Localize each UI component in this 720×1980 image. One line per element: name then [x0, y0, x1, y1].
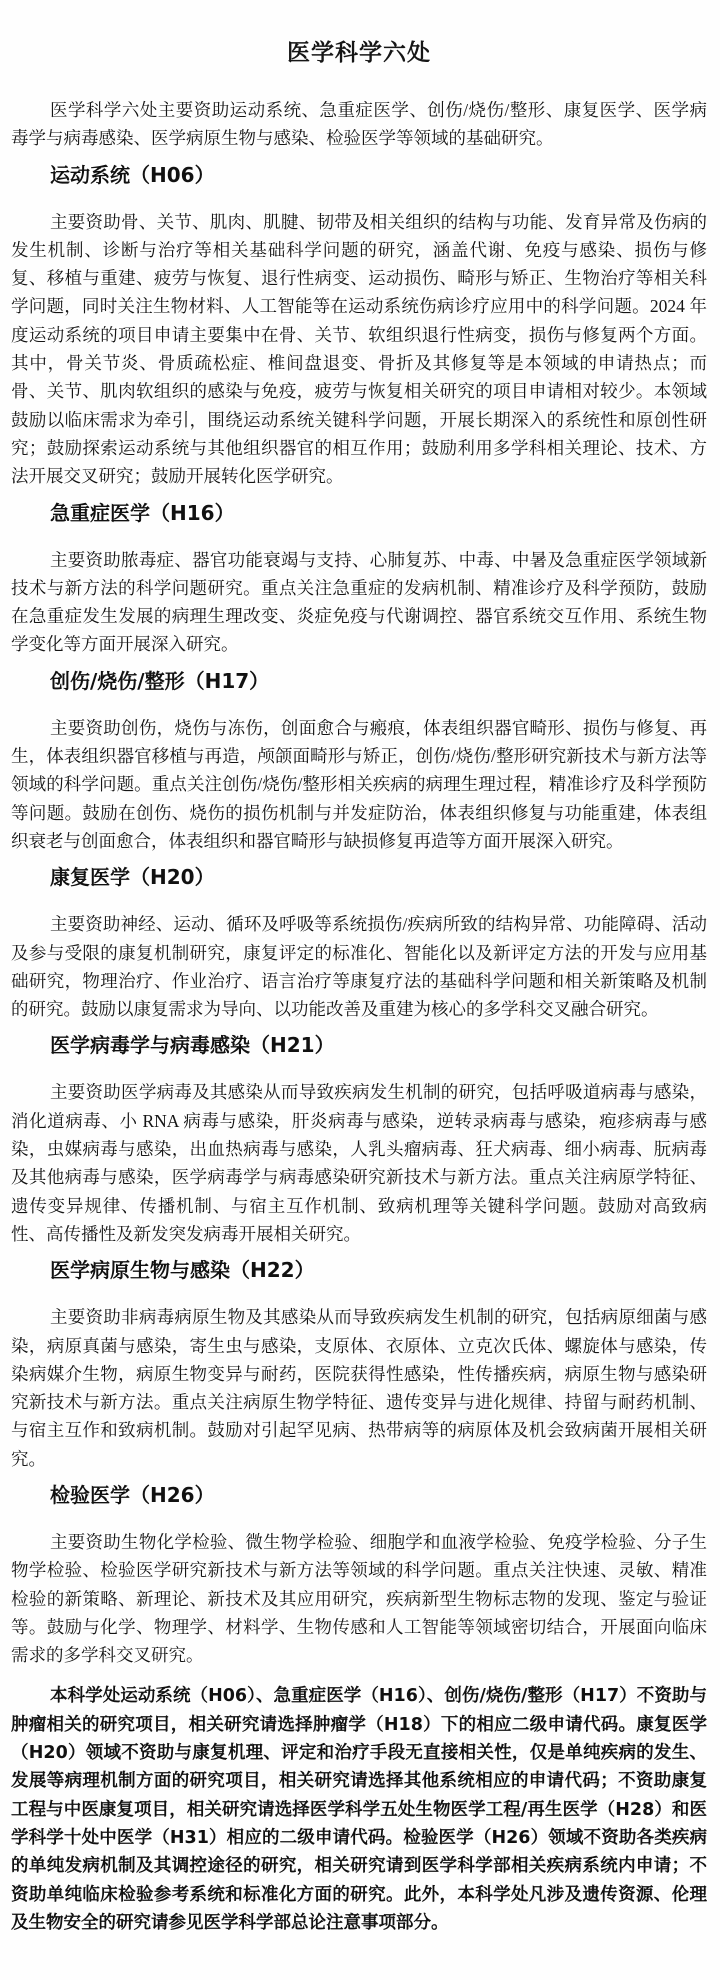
- section-heading-h21: 医学病毒学与病毒感染（H21）: [11, 1031, 707, 1060]
- document-page: 医学科学六处 医学科学六处主要资助运动系统、急重症医学、创伤/烧伤/整形、康复医…: [0, 0, 720, 1980]
- section-h26: 检验医学（H26） 主要资助生物化学检验、微生物学检验、细胞学和血液学检验、免疫…: [11, 1481, 707, 1669]
- section-body-h21: 主要资助医学病毒及其感染从而导致疾病发生机制的研究，包括呼吸道病毒与感染，消化道…: [11, 1078, 707, 1248]
- section-heading-h17: 创伤/烧伤/整形（H17）: [11, 667, 707, 696]
- page-title: 医学科学六处: [11, 37, 707, 69]
- section-heading-h16: 急重症医学（H16）: [11, 499, 707, 528]
- section-body-h16: 主要资助脓毒症、器官功能衰竭与支持、心肺复苏、中毒、中暑及急重症医学领域新技术与…: [11, 546, 707, 659]
- section-body-h22: 主要资助非病毒病原生物及其感染从而导致疾病发生机制的研究，包括病原细菌与感染，病…: [11, 1303, 707, 1473]
- notice-paragraph: 本科学处运动系统（H06）、急重症医学（H16）、创伤/烧伤/整形（H17）不资…: [11, 1682, 707, 1937]
- section-h16: 急重症医学（H16） 主要资助脓毒症、器官功能衰竭与支持、心肺复苏、中毒、中暑及…: [11, 499, 707, 659]
- section-body-h26: 主要资助生物化学检验、微生物学检验、细胞学和血液学检验、免疫学检验、分子生物学检…: [11, 1528, 707, 1669]
- section-heading-h20: 康复医学（H20）: [11, 863, 707, 892]
- section-h17: 创伤/烧伤/整形（H17） 主要资助创伤，烧伤与冻伤，创面愈合与瘢痕，体表组织器…: [11, 667, 707, 855]
- section-h20: 康复医学（H20） 主要资助神经、运动、循环及呼吸等系统损伤/疾病所致的结构异常…: [11, 863, 707, 1023]
- section-body-h06: 主要资助骨、关节、肌肉、肌腱、韧带及相关组织的结构与功能、发育异常及伤病的发生机…: [11, 208, 707, 491]
- section-h22: 医学病原生物与感染（H22） 主要资助非病毒病原生物及其感染从而导致疾病发生机制…: [11, 1256, 707, 1473]
- section-body-h20: 主要资助神经、运动、循环及呼吸等系统损伤/疾病所致的结构异常、功能障碍、活动及参…: [11, 910, 707, 1023]
- section-heading-h22: 医学病原生物与感染（H22）: [11, 1256, 707, 1285]
- section-heading-h06: 运动系统（H06）: [11, 161, 707, 190]
- section-body-h17: 主要资助创伤，烧伤与冻伤，创面愈合与瘢痕，体表组织器官畸形、损伤与修复、再生，体…: [11, 714, 707, 855]
- section-heading-h26: 检验医学（H26）: [11, 1481, 707, 1510]
- section-h21: 医学病毒学与病毒感染（H21） 主要资助医学病毒及其感染从而导致疾病发生机制的研…: [11, 1031, 707, 1248]
- intro-paragraph: 医学科学六处主要资助运动系统、急重症医学、创伤/烧伤/整形、康复医学、医学病毒学…: [11, 96, 707, 153]
- section-h06: 运动系统（H06） 主要资助骨、关节、肌肉、肌腱、韧带及相关组织的结构与功能、发…: [11, 161, 707, 491]
